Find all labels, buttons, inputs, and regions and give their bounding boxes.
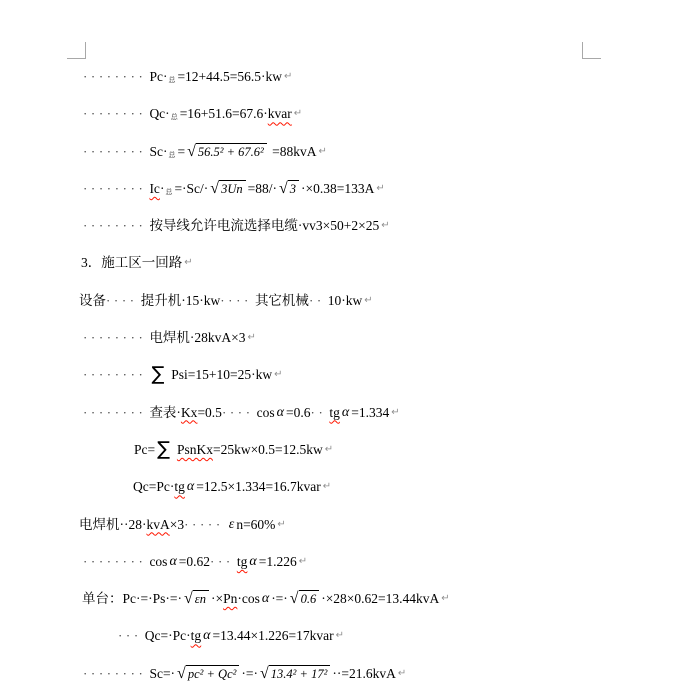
radical-sign-icon: √ (210, 181, 219, 197)
document-text-area[interactable]: ········Pc·总=12+44.5=56.5·kw↵········Qc·… (0, 58, 674, 691)
text-run: =16+51.6=67.6· (180, 95, 268, 132)
paragraph-mark-icon: ↵ (323, 468, 331, 505)
text-run: =1.226 (259, 543, 297, 580)
text-run: =0.6 (286, 394, 311, 431)
space-formatting-dots: ·· (309, 282, 325, 319)
radicand-run: 3 (288, 180, 299, 197)
text-run: =0.62 (179, 543, 210, 580)
radicand-run: 3Un (219, 180, 246, 197)
paragraph-mark-icon: ↵ (284, 58, 292, 95)
paragraph-mark-icon: ↵ (441, 580, 449, 617)
text-run: 3．施工区一回路 (81, 244, 182, 281)
spell-error-run: tg (237, 543, 248, 580)
paragraph-mark-icon: ↵ (391, 394, 399, 431)
space-formatting-dots: ········ (83, 655, 146, 691)
space-formatting-dots: ········ (83, 356, 146, 393)
text-run: ·×0.38=133A (301, 170, 374, 207)
text-run: 设备 (79, 282, 106, 319)
crop-mark-top-right (582, 42, 601, 59)
doc-line[interactable]: ········Pc·总=12+44.5=56.5·kw↵ (0, 58, 674, 95)
radical-sign-icon: √ (184, 591, 193, 607)
text-run: ··=21.6kvA (332, 655, 395, 691)
space-formatting-dots: ···· (222, 394, 254, 431)
text-run: ×3 (170, 506, 184, 543)
text-run: =88/· (248, 170, 277, 207)
text-run: ·cos (237, 580, 260, 617)
paragraph-mark-icon: ↵ (299, 543, 307, 580)
radicand-run: 0.6 (299, 590, 320, 607)
radical-sign-icon: √ (177, 666, 186, 682)
greek-symbol: α (277, 394, 284, 431)
paragraph-mark-icon: ↵ (364, 282, 372, 319)
sigma-sum-symbol: ∑ (157, 431, 170, 468)
text-run: =25kw×0.5=12.5kw (213, 431, 323, 468)
text-run: cos (257, 394, 275, 431)
radical-expression: √pc² + Qc² (177, 665, 239, 682)
greek-symbol: α (249, 543, 256, 580)
radical-expression: √εn (184, 590, 209, 607)
greek-symbol: α (342, 394, 349, 431)
doc-line[interactable]: ········Ic·总=·Sc/·√3Un=88/·√3·×0.38=133A… (0, 170, 674, 207)
text-run: 电焊机··28· (79, 506, 147, 543)
greek-symbol: α (203, 617, 210, 654)
space-formatting-dots: ········ (83, 58, 146, 95)
doc-line[interactable]: ········cosα=0.62···tgα=1.226↵ (0, 543, 674, 580)
space-formatting-dots: ········ (83, 543, 146, 580)
doc-line[interactable]: Pc=∑PsnKx=25kw×0.5=12.5kw↵ (0, 431, 674, 468)
paragraph-mark-icon: ↵ (398, 655, 406, 691)
text-run: = (177, 133, 185, 170)
text-run: =·Sc/· (174, 170, 208, 207)
greek-symbol: α (187, 468, 194, 505)
text-run: =12+44.5=56.5·kw (177, 58, 282, 95)
crop-mark-top-left (67, 42, 86, 59)
space-formatting-dots: ··· (210, 543, 234, 580)
space-formatting-dots: ····· (184, 506, 224, 543)
spell-error-run: tg (329, 394, 340, 431)
sigma-sum-symbol: ∑ (151, 356, 164, 393)
text-run: 提升机·15·kw (141, 282, 221, 319)
subscript-run: 总 (168, 137, 175, 174)
text-run: 电焊机·28kvA×3 (149, 319, 245, 356)
space-formatting-dots: ········ (83, 394, 146, 431)
subscript-run: 总 (165, 174, 172, 211)
text-run: · (160, 170, 165, 207)
radical-sign-icon: √ (260, 666, 269, 682)
paragraph-mark-icon: ↵ (319, 133, 327, 170)
paragraph-mark-icon: ↵ (294, 95, 302, 132)
text-run: Qc=·Pc· (145, 617, 191, 654)
text-run: ·×28×0.62=13.44kvA (321, 580, 439, 617)
greek-symbol: ε (229, 506, 235, 543)
doc-line[interactable]: Qc=Pc·tgα=12.5×1.334=16.7kvar↵ (0, 468, 674, 505)
radical-sign-icon: √ (187, 144, 196, 160)
space-formatting-dots: ········ (83, 95, 146, 132)
doc-line[interactable]: ········按导线允许电流选择电缆·vv3×50+2×25↵ (0, 207, 674, 244)
doc-line[interactable]: 3．施工区一回路↵ (0, 244, 674, 281)
radicand-run: pc² + Qc² (186, 665, 240, 682)
spell-error-run: PsnKx (177, 431, 213, 468)
spell-error-run: Kx (181, 394, 198, 431)
doc-line[interactable]: ········Sc·总=√56.5² + 67.6² =88kvA↵ (0, 133, 674, 170)
document-page: { "page": { "background": "#ffffff", "te… (0, 0, 674, 691)
text-run: Qc· (149, 95, 169, 132)
radical-expression: √13.4² + 17² (260, 665, 330, 682)
paragraph-mark-icon: ↵ (248, 319, 256, 356)
text-run: =0.5 (197, 394, 222, 431)
doc-line[interactable]: ········电焊机·28kvA×3↵ (0, 319, 674, 356)
paragraph-mark-icon: ↵ (336, 617, 344, 654)
text-run: Psi=15+10=25·kw (171, 356, 272, 393)
spell-error-run: tg (174, 468, 185, 505)
space-formatting-dots: ········ (83, 133, 146, 170)
doc-line[interactable]: ········Qc·总=16+51.6=67.6·kvar↵ (0, 95, 674, 132)
paragraph-mark-icon: ↵ (274, 356, 282, 393)
text-run: Qc=Pc· (133, 468, 174, 505)
space-formatting-dots: ··· (118, 617, 142, 654)
text-run: n=60% (236, 506, 275, 543)
greek-symbol: α (169, 543, 176, 580)
radical-expression: √3Un (210, 180, 245, 197)
greek-symbol: α (262, 580, 269, 617)
radical-sign-icon: √ (279, 181, 288, 197)
radical-expression: √0.6 (290, 590, 319, 607)
spell-error-run: kvar (268, 95, 292, 132)
paragraph-mark-icon: ↵ (277, 506, 285, 543)
doc-line[interactable]: ········Sc=·√pc² + Qc²·=·√13.4² + 17²··=… (0, 655, 674, 691)
space-formatting-dots: ········ (83, 170, 146, 207)
radical-expression: √56.5² + 67.6² (187, 143, 267, 160)
doc-line[interactable]: 电焊机··28·kvA×3·····εn=60%↵ (0, 506, 674, 543)
text-run: 查表· (149, 394, 181, 431)
paragraph-mark-icon: ↵ (184, 244, 192, 281)
subscript-run: 总 (171, 99, 178, 136)
text-run: Sc=· (149, 655, 175, 691)
spell-error-run: Pn (223, 580, 237, 617)
paragraph-mark-icon: ↵ (381, 207, 389, 244)
space-formatting-dots: ········ (83, 319, 146, 356)
text-run: =1.334 (351, 394, 389, 431)
text-run: =88kvA (269, 133, 317, 170)
text-run: 按导线允许电流选择电缆·vv3×50+2×25 (149, 207, 379, 244)
space-formatting-dots: ···· (106, 282, 138, 319)
space-formatting-dots: ···· (220, 282, 252, 319)
spell-error-run: Ic (149, 170, 160, 207)
text-run: 其它机械 (255, 282, 309, 319)
text-run: cos (149, 543, 167, 580)
radicand-run: 56.5² + 67.6² (196, 143, 267, 160)
text-run: Pc· (149, 58, 167, 95)
text-run: ·× (211, 580, 223, 617)
text-run: Pc= (134, 431, 155, 468)
radical-sign-icon: √ (290, 591, 299, 607)
text-run: Sc· (149, 133, 167, 170)
radicand-run: 13.4² + 17² (269, 665, 331, 682)
text-run: =13.44×1.226=17kvar (213, 617, 334, 654)
subscript-run: 总 (168, 62, 175, 99)
text-run: ·=· (241, 655, 258, 691)
spell-error-run: tg (191, 617, 202, 654)
space-formatting-dots: ·· (311, 394, 327, 431)
space-formatting-dots: ········ (83, 207, 146, 244)
radical-expression: √3 (279, 180, 299, 197)
doc-line[interactable]: 设备····提升机·15·kw····其它机械··10·kw↵ (0, 282, 674, 319)
text-run: =12.5×1.334=16.7kvar (196, 468, 320, 505)
doc-line[interactable]: 单台：Pc·=·Ps·=·√εn·×Pn·cosα·=·√0.6·×28×0.6… (0, 580, 674, 617)
paragraph-mark-icon: ↵ (376, 170, 384, 207)
doc-line[interactable]: ···Qc=·Pc·tgα=13.44×1.226=17kvar↵ (0, 617, 674, 654)
doc-line[interactable]: ········∑Psi=15+10=25·kw↵ (0, 356, 674, 393)
radicand-run: εn (193, 590, 209, 607)
text-run: 单台：Pc·=·Ps·=· (82, 580, 182, 617)
paragraph-mark-icon: ↵ (325, 431, 333, 468)
text-run: ·=· (271, 580, 288, 617)
spell-error-run: kvA (147, 506, 170, 543)
doc-line[interactable]: ········查表·Kx=0.5····cosα=0.6··tgα=1.334… (0, 394, 674, 431)
text-run: 10·kw (328, 282, 363, 319)
